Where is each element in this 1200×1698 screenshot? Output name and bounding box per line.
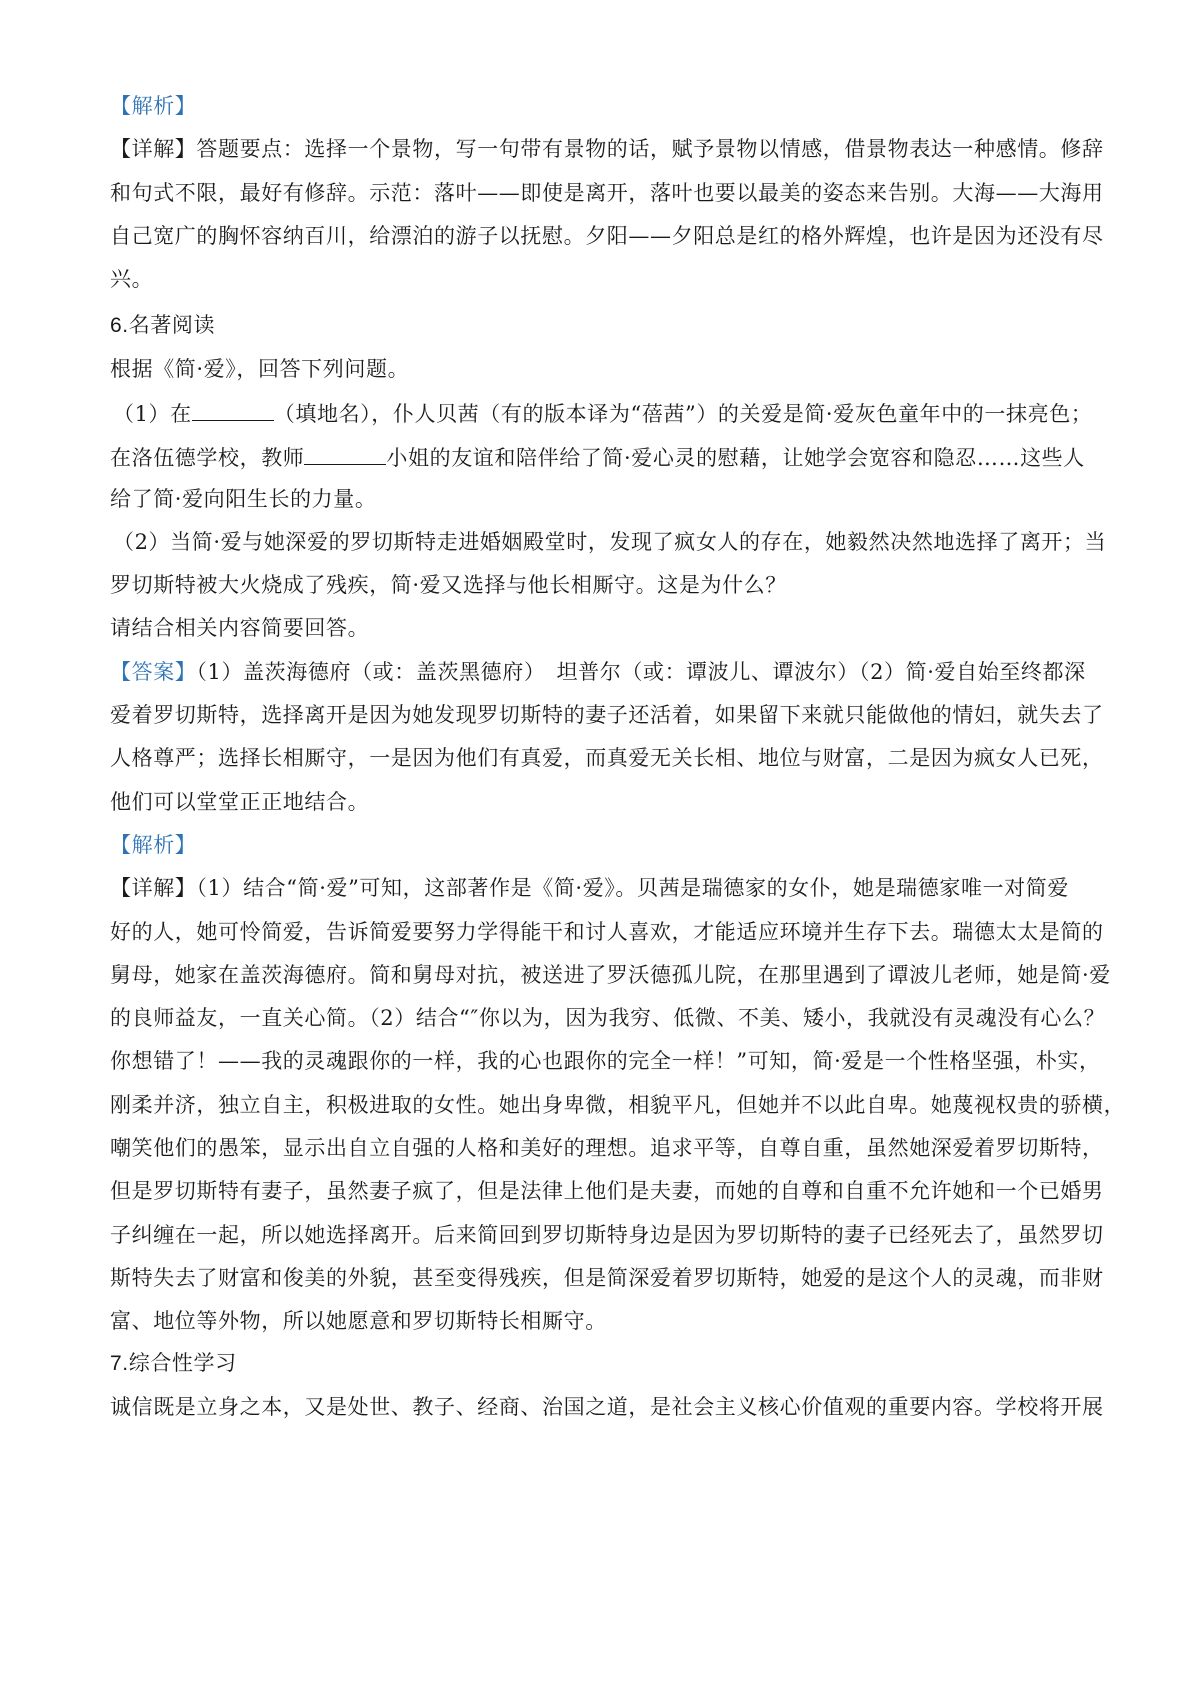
analysis-line: 但是罗切斯特有妻子，虽然妻子疯了，但是法律上他们是夫妻，而她的自尊和自重不允许她… bbox=[110, 1177, 1110, 1205]
fill-blank-place[interactable] bbox=[192, 398, 274, 421]
sub-question-2-line: 请结合相关内容简要回答。 bbox=[110, 614, 1110, 642]
analysis-line: 舅母，她家在盖茨海德府。简和舅母对抗，被送进了罗沃德孤儿院，在那里遇到了谭波儿老… bbox=[110, 961, 1110, 989]
answer-line: 他们可以堂堂正正地结合。 bbox=[110, 788, 1110, 816]
analysis-tag: 【解析】 bbox=[110, 831, 1110, 859]
analysis-line: 嘲笑他们的愚笨，显示出自立自强的人格和美好的理想。追求平等，自尊自重，虽然她深爱… bbox=[110, 1134, 1110, 1162]
analysis-line: 的良师益友，一直关心简。（2）结合“″你以为，因为我穷、低微、不美、矮小，我就没… bbox=[110, 1004, 1110, 1032]
answer-line: 爱着罗切斯特，选择离开是因为她发现罗切斯特的妻子还活着，如果留下来就只能做他的情… bbox=[110, 701, 1110, 729]
analysis-line: 富、地位等外物，所以她愿意和罗切斯特长相厮守。 bbox=[110, 1307, 1110, 1335]
answer-tag: 【答案】 bbox=[110, 660, 196, 684]
sub-question-1-line: 在洛伍德学校，教师小姐的友谊和陪伴给了简·爱心灵的慰藉，让她学会宽容和隐忍……这… bbox=[110, 442, 1110, 472]
detail-paragraph-line: 和句式不限，最好有修辞。示范：落叶——即使是离开，落叶也要以最美的姿态来告别。大… bbox=[110, 179, 1110, 207]
analysis-line: 斯特失去了财富和俊美的外貌，甚至变得残疾，但是简深爱着罗切斯特，她爱的是这个人的… bbox=[110, 1264, 1110, 1292]
analysis-line: 好的人，她可怜简爱，告诉简爱要努力学得能干和讨人喜欢，才能适应环境并生存下去。瑞… bbox=[110, 918, 1110, 946]
detail-paragraph-line: 自己宽广的胸怀容纳百川，给漂泊的游子以抚慰。夕阳——夕阳总是红的格外辉煌，也许是… bbox=[110, 222, 1110, 250]
detail-tag: 【详解】 bbox=[110, 876, 196, 900]
analysis-line: 【详解】（1）结合“简·爱”可知，这部著作是《简·爱》。贝茜是瑞德家的女仆，她是… bbox=[110, 874, 1110, 902]
detail-paragraph-line: 兴。 bbox=[110, 265, 1110, 293]
answer-line: 人格尊严；选择长相厮守，一是因为他们有真爱，而真爱无关长相、地位与财富，二是因为… bbox=[110, 744, 1110, 772]
answer-line: 【答案】（1）盖茨海德府（或：盖茨黑德府） 坦普尔（或：谭波儿、谭波尔）（2）简… bbox=[110, 658, 1110, 686]
fill-blank-teacher[interactable] bbox=[304, 442, 386, 465]
detail-tag: 【详解】 bbox=[110, 137, 196, 161]
analysis-line: 刚柔并济，独立自主，积极进取的女性。她出身卑微，相貌平凡，但她并不以此自卑。她蔑… bbox=[110, 1091, 1110, 1119]
question-7-heading: 7.综合性学习 bbox=[110, 1350, 1110, 1378]
sub-question-1-line: 给了简·爱向阳生长的力量。 bbox=[110, 485, 1110, 513]
detail-paragraph-line: 【详解】答题要点：选择一个景物，写一句带有景物的话，赋予景物以情感，借景物表达一… bbox=[110, 135, 1110, 163]
sub-question-2-line: （2）当简·爱与她深爱的罗切斯特走进婚姻殿堂时，发现了疯女人的存在，她毅然决然地… bbox=[113, 528, 1113, 556]
question-6-heading: 6.名著阅读 bbox=[110, 312, 1110, 340]
question-7-line: 诚信既是立身之本，又是处世、教子、经商、治国之道，是社会主义核心价值观的重要内容… bbox=[110, 1393, 1110, 1421]
sub-question-1-line: （1）在（填地名），仆人贝茜（有的版本译为“蓓茜”）的关爱是简·爱灰色童年中的一… bbox=[113, 398, 1113, 428]
document-page: 【解析】 【详解】答题要点：选择一个景物，写一句带有景物的话，赋予景物以情感，借… bbox=[0, 0, 1200, 1698]
question-6-intro: 根据《简·爱》，回答下列问题。 bbox=[110, 355, 1110, 383]
sub-question-2-line: 罗切斯特被大火烧成了残疾，简·爱又选择与他长相厮守。这是为什么？ bbox=[110, 571, 1110, 599]
analysis-line: 子纠缠在一起，所以她选择离开。后来简回到罗切斯特身边是因为罗切斯特的妻子已经死去… bbox=[110, 1221, 1110, 1249]
analysis-tag: 【解析】 bbox=[110, 92, 1110, 120]
analysis-line: 你想错了！——我的灵魂跟你的一样，我的心也跟你的完全一样！”可知，简·爱是一个性… bbox=[110, 1047, 1110, 1075]
